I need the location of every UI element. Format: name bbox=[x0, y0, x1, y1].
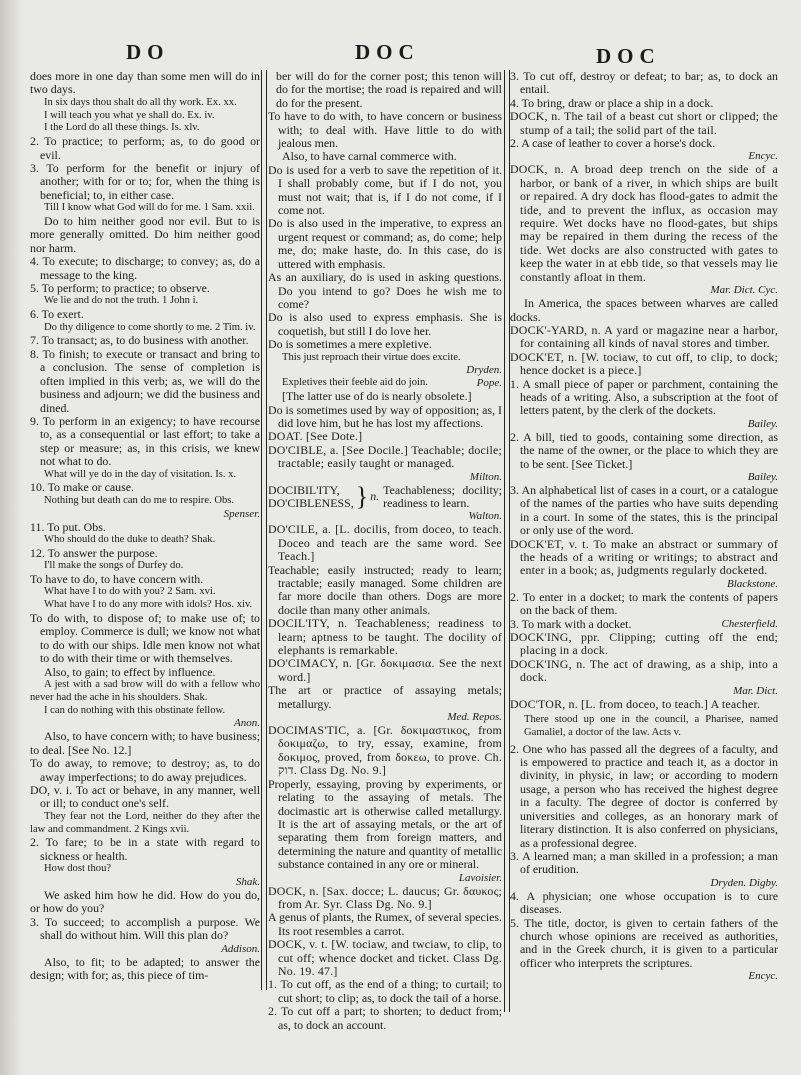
headword-group: DOCIBIL'ITY, DO'CIBLENESS, } n. Teachabl… bbox=[268, 484, 502, 511]
usage-note: Do is used for a verb to save the repeti… bbox=[268, 164, 502, 218]
definition: The art or practice of assaying metals; … bbox=[268, 684, 502, 711]
usage-note: Do is also used to express emphasis. She… bbox=[268, 311, 502, 338]
headword: DOCIBIL'ITY, bbox=[268, 484, 354, 497]
quotation: They fear not the Lord, neither do they … bbox=[30, 811, 260, 837]
running-head-right: DOC bbox=[596, 44, 661, 69]
sense: 9. To perform in an exigency; to have re… bbox=[30, 415, 260, 469]
phrase: To have to do, to have concern with. bbox=[30, 573, 260, 586]
entry-text: Do to him neither good nor evil. But to … bbox=[30, 215, 260, 255]
definition: A genus of plants, the Rumex, of several… bbox=[268, 911, 502, 938]
entry-text: ber will do for the corner post; this te… bbox=[268, 70, 502, 110]
column-rule-1 bbox=[261, 70, 267, 990]
column-3: 3. To cut off, destroy or defeat; to bar… bbox=[510, 70, 778, 983]
running-head-left: DO bbox=[126, 40, 170, 65]
sense: 3. To cut off, destroy or defeat; to bar… bbox=[510, 70, 778, 97]
sense: 2. One who has passed all the degrees of… bbox=[510, 743, 778, 850]
sense: 12. To answer the purpose. bbox=[30, 547, 260, 560]
entry-text: [The latter use of do is nearly obsolete… bbox=[268, 390, 502, 403]
citation: Bailey. bbox=[510, 418, 778, 431]
citation: Milton. bbox=[268, 471, 502, 484]
headword-entry: DO'CILE, a. [L. docilis, from doceo, to … bbox=[268, 523, 502, 563]
sense: 7. To transact; as, to do business with … bbox=[30, 334, 260, 347]
sense: 10. To make or cause. bbox=[30, 481, 260, 494]
headword-entry: DO'CIMACY, n. [Gr. δοκιμασια. See the ne… bbox=[268, 657, 502, 684]
brace: } bbox=[356, 484, 368, 510]
quotation: There stood up one in the council, a Pha… bbox=[510, 714, 778, 740]
citation: Mar. Dict. bbox=[510, 685, 778, 698]
entry-text: We asked him how he did. How do you do, … bbox=[30, 889, 260, 916]
entry-text: Also, to gain; to effect by influence. bbox=[30, 666, 260, 679]
usage-note: As an auxiliary, do is used in asking qu… bbox=[268, 271, 502, 311]
sense: 11. To put. Obs. bbox=[30, 521, 260, 534]
headword-entry: DOCK'ET, n. [W. tociaw, to cut off, to c… bbox=[510, 351, 778, 378]
citation: Dryden. Digby. bbox=[510, 877, 778, 890]
definition: Properly, essaying, proving by experimen… bbox=[268, 778, 502, 872]
headword-entry: DOCK, n. The tail of a beast cut short o… bbox=[510, 110, 778, 137]
headword-entry: DOC'TOR, n. [L. from doceo, to teach.] A… bbox=[510, 698, 778, 711]
quotation: Nothing but death can do me to respire. … bbox=[30, 495, 260, 508]
usage-note: Do is sometimes a mere expletive. bbox=[268, 338, 502, 351]
sense: 4. A physician; one whose occupation is … bbox=[510, 890, 778, 917]
citation: Addison. bbox=[30, 943, 260, 956]
column-2: ber will do for the corner post; this te… bbox=[268, 70, 502, 1032]
part-of-speech: n. bbox=[370, 490, 379, 503]
sense: 5. To perform; to practice; to observe. bbox=[30, 282, 260, 295]
headword-entry: DOCK'ING, ppr. Clipping; cutting off the… bbox=[510, 631, 778, 658]
usage-note: Do is also used in the imperative, to ex… bbox=[268, 217, 502, 271]
quotation: How dost thou? bbox=[30, 863, 260, 876]
running-head-center: DOC bbox=[355, 40, 420, 65]
quotation: A jest with a sad brow will do with a fe… bbox=[30, 679, 260, 705]
entry-text: Also, to fit; to be adapted; to answer t… bbox=[30, 956, 260, 983]
sense: 2. To cut off a part; to shorten; to ded… bbox=[268, 1005, 502, 1032]
sense: 2. To enter in a docket; to mark the con… bbox=[510, 591, 778, 618]
sense: 6. To exert. bbox=[30, 308, 260, 321]
sense: 2. To practice; to perform; as, to do go… bbox=[30, 135, 260, 162]
citation: Dryden. bbox=[268, 364, 502, 377]
phrase: To do away, to remove; to destroy; as, t… bbox=[30, 757, 260, 784]
headword-entry: DO'CIBLE, a. [See Docile.] Teachable; do… bbox=[268, 444, 502, 471]
headword-entry: DOAT. [See Dote.] bbox=[268, 430, 502, 443]
headword-entry: DOCK'-YARD, n. A yard or magazine near a… bbox=[510, 324, 778, 351]
page-gutter-shadow bbox=[0, 0, 22, 1075]
headword-entry: DOCK'ET, v. t. To make an abstract or su… bbox=[510, 538, 778, 578]
citation: Blackstone. bbox=[510, 578, 778, 591]
headword-entry: DOCK, n. A broad deep trench on the side… bbox=[510, 163, 778, 284]
entry-text: Also, to have carnal commerce with. bbox=[268, 150, 502, 163]
headword-entry: DO, v. i. To act or behave, in any manne… bbox=[30, 784, 260, 811]
sense: 3. A learned man; a man skilled in a pro… bbox=[510, 850, 778, 877]
quotation: I can do nothing with this obstinate fel… bbox=[30, 705, 260, 718]
entry-text: In America, the spaces between wharves a… bbox=[510, 297, 778, 324]
headword-entry: DOCK, v. t. [W. tociaw, and twciaw, to c… bbox=[268, 938, 502, 978]
definition: Teachableness; docility; readiness to le… bbox=[383, 484, 502, 511]
quotation: I will teach you what ye shall do. Ex. i… bbox=[30, 110, 260, 123]
citation: Lavoisier. bbox=[268, 872, 502, 885]
sense: 3. To succeed; to accomplish a purpose. … bbox=[30, 916, 260, 943]
sense: 2. A case of leather to cover a horse's … bbox=[510, 137, 778, 150]
sense: 3. An alphabetical list of cases in a co… bbox=[510, 484, 778, 538]
headword-entry: DOCK, n. [Sax. docce; L. daucus; Gr. δαυ… bbox=[268, 885, 502, 912]
sense: 5. The title, doctor, is given to certai… bbox=[510, 917, 778, 971]
headword-entry: DOCIL'ITY, n. Teachableness; readiness t… bbox=[268, 617, 502, 657]
sense: 2. A bill, tied to goods, containing som… bbox=[510, 431, 778, 471]
sense: 4. To execute; to discharge; to convey; … bbox=[30, 255, 260, 282]
citation: Encyc. bbox=[510, 970, 778, 983]
column-1: does more in one day than some men will … bbox=[30, 70, 260, 982]
sense: 1. To cut off, as the end of a thing; to… bbox=[268, 978, 502, 1005]
definition: Teachable; easily instructed; ready to l… bbox=[268, 564, 502, 618]
entry-text: does more in one day than some men will … bbox=[30, 70, 260, 97]
entry-text: Also, to have concern with; to have busi… bbox=[30, 730, 260, 757]
quotation: Who should do the duke to death? Shak. bbox=[30, 534, 260, 547]
quotation: In six days thou shalt do all thy work. … bbox=[30, 97, 260, 110]
quotation: What have I to do with you? 2 Sam. xvi. bbox=[30, 586, 260, 599]
phrase: To do with, to dispose of; to make use o… bbox=[30, 612, 260, 666]
headword: DO'CIBLENESS, bbox=[268, 497, 354, 510]
headword-entry: DOCK'ING, n. The act of drawing, as a sh… bbox=[510, 658, 778, 685]
sense: 4. To bring, draw or place a ship in a d… bbox=[510, 97, 778, 110]
phrase: To have to do with, to have concern or b… bbox=[268, 110, 502, 150]
sense: 8. To finish; to execute or transact and… bbox=[30, 348, 260, 415]
sense: 3. To perform for the benefit or injury … bbox=[30, 162, 260, 202]
sense: 1. A small piece of paper or parchment, … bbox=[510, 378, 778, 418]
usage-note: Do is sometimes used by way of oppositio… bbox=[268, 404, 502, 431]
sense: 2. To fare; to be in a state with regard… bbox=[30, 836, 260, 863]
headword-entry: DOCIMAS'TIC, a. [Gr. δοκιμαστικος, from … bbox=[268, 724, 502, 778]
quotation: This just reproach their virtue does exc… bbox=[268, 352, 502, 365]
citation: Spenser. bbox=[30, 508, 260, 521]
